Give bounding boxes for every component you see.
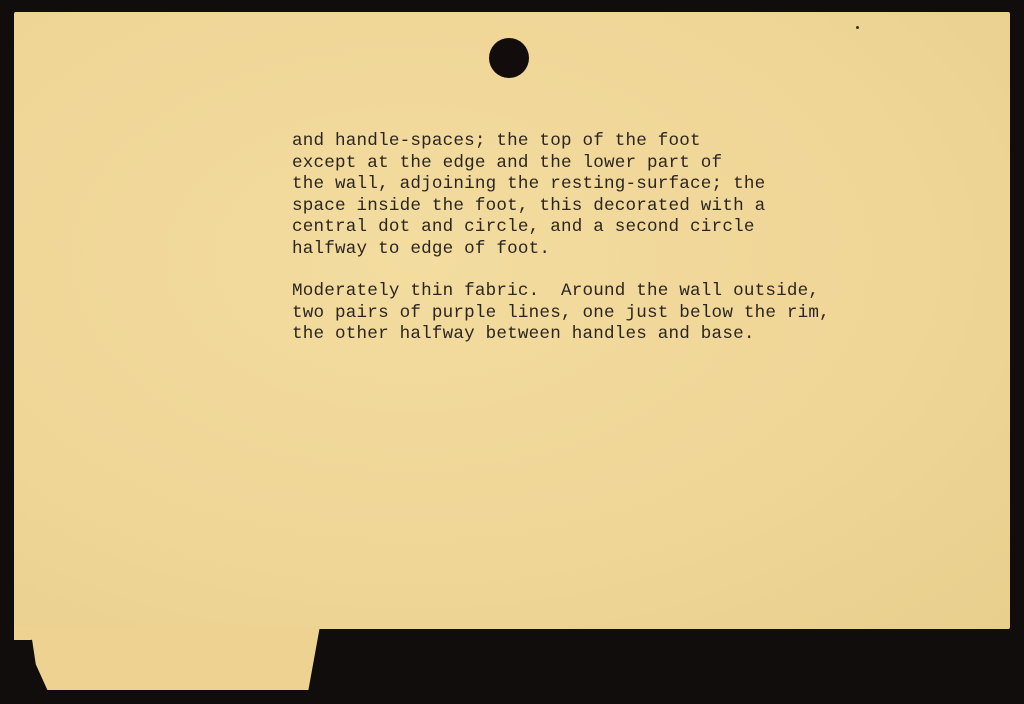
- paragraph-1: and handle-spaces; the top of the footex…: [292, 131, 765, 260]
- text-line: except at the edge and the lower part of: [292, 153, 765, 175]
- text-line: Moderately thin fabric. Around the wall …: [292, 281, 830, 303]
- punch-hole: [489, 38, 529, 78]
- text-line: the wall, adjoining the resting-surface;…: [292, 174, 765, 196]
- text-line: central dot and circle, and a second cir…: [292, 217, 765, 239]
- paragraph-2: Moderately thin fabric. Around the wall …: [292, 281, 830, 346]
- text-line: the other halfway between handles and ba…: [292, 324, 830, 346]
- text-line: two pairs of purple lines, one just belo…: [292, 303, 830, 325]
- text-line: halfway to edge of foot.: [292, 239, 765, 261]
- text-line: space inside the foot, this decorated wi…: [292, 196, 765, 218]
- text-line: and handle-spaces; the top of the foot: [292, 131, 765, 153]
- card-tab: [30, 626, 320, 690]
- paper-speck: [856, 26, 859, 29]
